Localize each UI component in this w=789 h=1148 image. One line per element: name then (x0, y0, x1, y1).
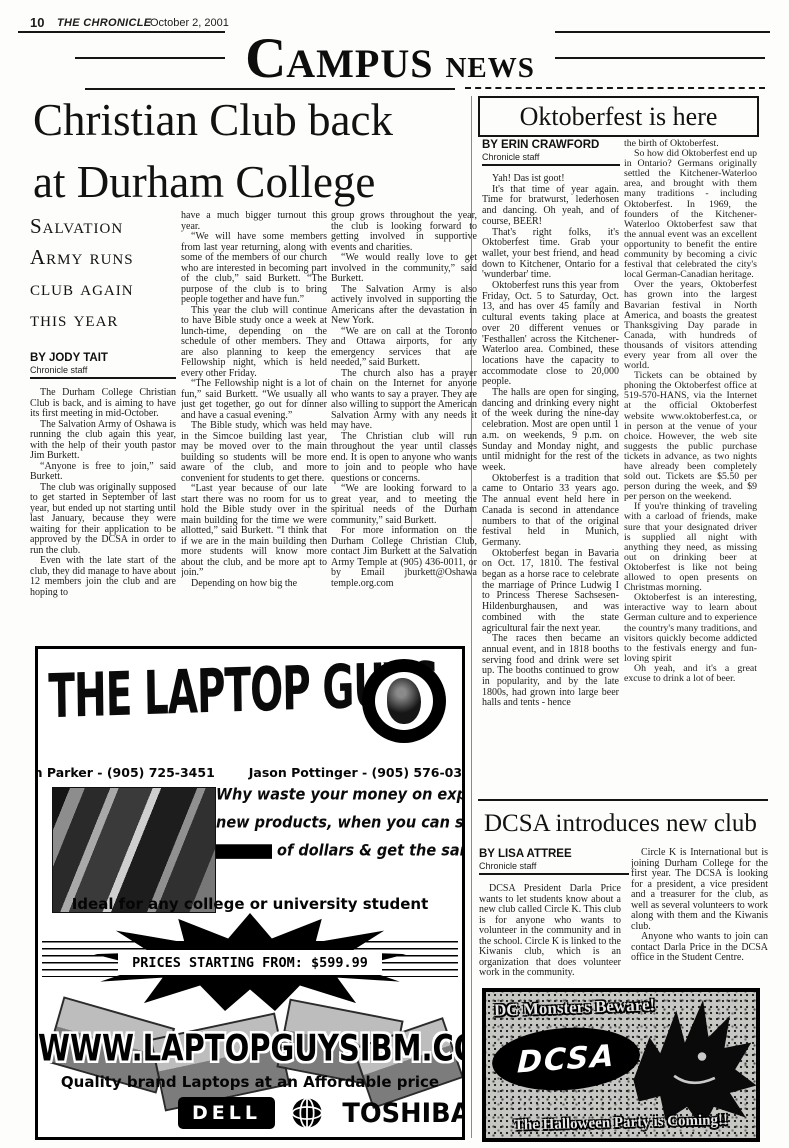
masthead-initial: C (245, 27, 286, 90)
article1-byline-rule (30, 377, 176, 379)
dcsa-logo: DCSA (516, 1038, 616, 1080)
newspaper-page: 10 THE CHRONICLE October 2, 2001 CAMPUSN… (0, 0, 789, 1148)
article2-headline-box: Oktoberfest is here (478, 96, 759, 137)
article2-column1: Yah! Das ist goot!It's that time of year… (482, 174, 619, 806)
dell-logo: DELL (178, 1097, 275, 1129)
article2-byline-role: Chronicle staff (482, 152, 539, 162)
article1-deck: SalvationArmy runsclub againthis year (30, 211, 180, 335)
article3-column1: DCSA President Darla Price wants to let … (479, 884, 621, 988)
article2-byline-rule (482, 164, 620, 166)
pitch-line-1: Why waste your money on expensive (216, 786, 456, 804)
article3-byline: BY LISA ATTREE (479, 848, 572, 860)
publication-name: THE CHRONICLE (57, 17, 151, 29)
article1-byline-role: Chronicle staff (30, 365, 87, 375)
article2-column2: the birth of Oktoberfest.So how did Okto… (624, 139, 757, 805)
article1-column3: group grows throughout the year, the clu… (331, 211, 477, 641)
pitch-line-2: new products, when you can save hundreds (216, 814, 456, 832)
article2-byline: BY ERIN CRAWFORD (482, 139, 599, 151)
article1-byline: BY JODY TAIT (30, 352, 108, 364)
contact-ian-parker: Ian Parker - (905) 725-3451 (35, 765, 215, 780)
article1-headline-line1: Christian Club back (33, 90, 393, 150)
page-number: 10 (30, 15, 44, 30)
article3-byline-rule (479, 873, 629, 875)
article1-column1: The Durham College Christian Club is bac… (30, 388, 176, 642)
article3-top-rule (478, 799, 768, 801)
contact-jason-pottinger: Jason Pottinger - (905) 576-0304 (249, 765, 465, 780)
dcsa-halloween-ad: DC Monsters Beware! DCSA The Halloween P… (482, 988, 760, 1142)
article2-headline: Oktoberfest is here (520, 102, 718, 132)
section-masthead: CAMPUSNEWS (225, 30, 555, 88)
laptop-guys-face-logo-icon (362, 659, 446, 743)
laptop-ad-quality-line: Quality brand Laptops at an Affordable p… (38, 1073, 462, 1091)
laptop-ad-pitch: Why waste your money on expensive new pr… (216, 787, 456, 871)
laptop-ad-brand-logos: DELL TOSHIBA (178, 1097, 465, 1129)
toshiba-logo: TOSHIBA (342, 1098, 465, 1129)
pitch-line-3: of dollars & get the same satisfaction? (216, 842, 456, 860)
article1-headline-line2: at Durham College (33, 152, 375, 212)
laptop-guys-ad: THE LAPTOP GUYS Ian Parker - (905) 725-3… (35, 646, 465, 1140)
article3-byline-role: Chronicle staff (479, 861, 536, 871)
globe-icon (291, 1097, 323, 1129)
laptop-ad-price-line: PRICES STARTING FROM: $599.99 (118, 950, 382, 975)
laptop-ad-ideal-line: Ideal for any college or university stud… (38, 895, 462, 913)
laptop-guys-brand: THE LAPTOP GUYS (48, 652, 379, 732)
article1-column2: have a much bigger turnout this year.“We… (181, 211, 327, 641)
masthead-underline-dashes (465, 87, 765, 89)
article3-headline: DCSA introduces new club (484, 810, 757, 838)
redaction-bar (216, 844, 272, 859)
laptop-guys-url: WWW.LAPTOPGUYSIBM.COM (38, 1027, 462, 1070)
masthead-secondary: NEWS (445, 52, 534, 84)
masthead-rest: AMPUS (286, 41, 433, 86)
article3-column2: Circle K is International but is joining… (631, 848, 768, 988)
laptop-guys-contacts: Ian Parker - (905) 725-3451 Jason Pottin… (38, 765, 462, 780)
issue-date: October 2, 2001 (150, 17, 229, 29)
